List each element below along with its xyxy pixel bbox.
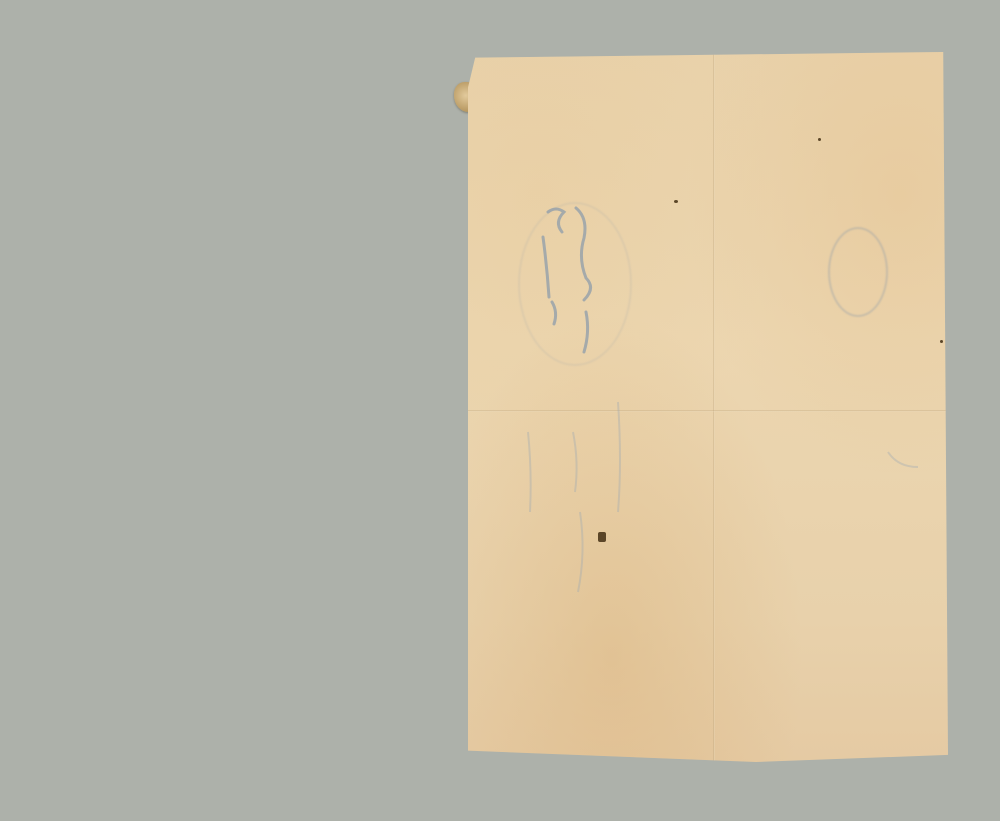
faint-seal-impression-left: [518, 202, 632, 366]
faint-script-strokes: [468, 52, 948, 762]
faint-seal-impression-right: [828, 227, 888, 317]
photo-scene: [0, 0, 1000, 821]
foxing-spot: [940, 340, 943, 343]
foxing-spot: [703, 777, 707, 780]
ink-spot: [598, 532, 606, 542]
foxing-spot: [674, 200, 678, 203]
foxing-spot: [818, 138, 821, 141]
aged-paper-document: [468, 52, 948, 762]
